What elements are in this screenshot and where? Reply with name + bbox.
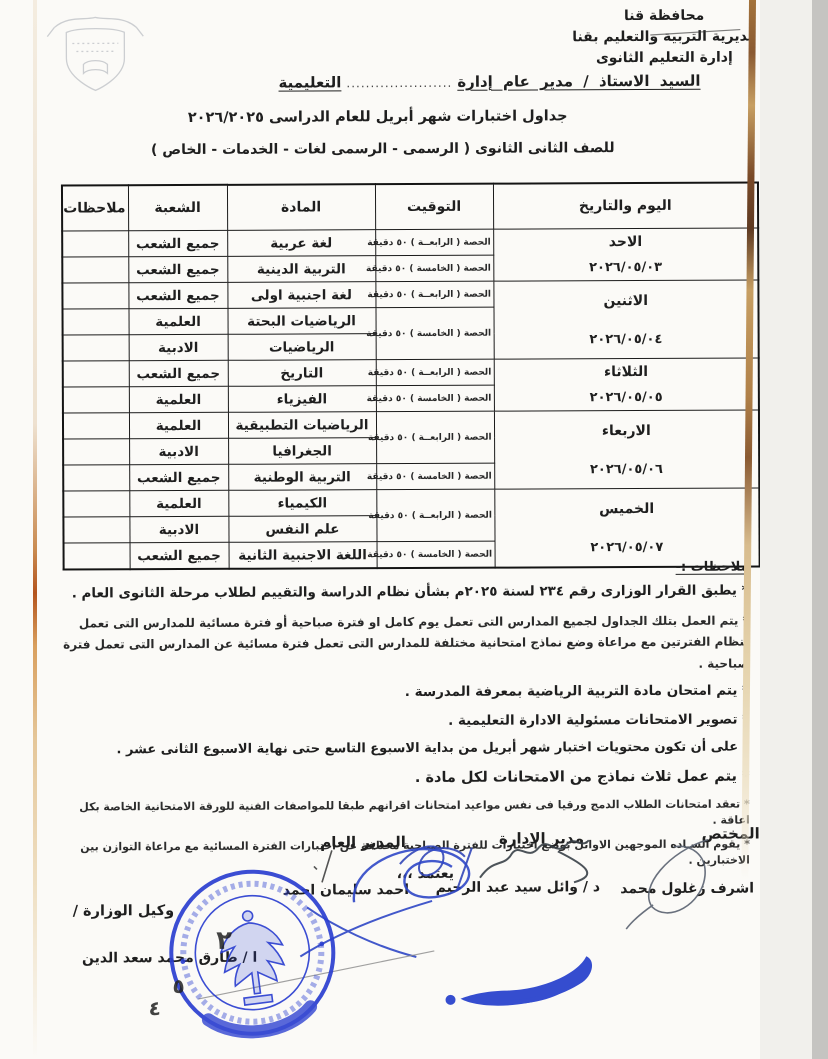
subject-cell: التربية الوطنية (228, 464, 376, 491)
time-cell: الحصة ( الرابعــة ) ٥٠ دقيقة (375, 281, 493, 308)
general-director-title: المدير العام (320, 833, 406, 851)
note-item: * يطبق القرار الوزارى رقم ٢٣٤ لسنة ٢٠٢٥م… (47, 582, 749, 605)
subject-cell: لغة عربية (227, 230, 375, 257)
day-name: الاربعاء (602, 422, 651, 438)
letterhead: محافظة قنا مديرية التربية والتعليم بقنا … (572, 6, 756, 70)
document-subtitle: للصف الثانى الثانوى ( الرسمى - الرسمى لغ… (39, 140, 727, 159)
section-cell: العلمية (128, 308, 227, 334)
subject-cell: التاريخ (228, 360, 376, 387)
notes-cell (63, 491, 129, 517)
salutation-line: السيد الاستاذ / مدير عام إدارة .........… (278, 72, 700, 92)
handwritten-digit: ٥ (172, 974, 184, 998)
specialist-name: اشرف زغلول محمد (620, 881, 754, 898)
note-item: * تعقد امتحانات الطلاب الدمج ورقيا فى نف… (48, 797, 750, 832)
day-name: الخميس (599, 500, 654, 516)
note-item: * تصوير الامتحانات مسئولية الادارة التعل… (47, 710, 749, 733)
section-cell: جميع الشعب (128, 282, 227, 308)
time-cell: الحصة ( الرابعــة ) ٥٠ دقيقة (376, 411, 494, 464)
table-row: الخميس ٢٠٢٦/٠٥/٠٧ الحصة ( الرابعــة ) ٥٠… (63, 488, 759, 517)
col-header-day: اليوم والتاريخ (493, 182, 758, 229)
time-cell: الحصة ( الخامسة ) ٥٠ دقيقة (376, 385, 494, 412)
time-cell: الحصة ( الخامسة ) ٥٠ دقيقة (375, 255, 493, 282)
time-cell: الحصة ( الرابعــة ) ٥٠ دقيقة (376, 489, 494, 542)
day-name: الاثنين (603, 292, 648, 308)
undersecretary-name: ا / طارق محمد سعد الدين (82, 950, 257, 967)
admin-director-title: مدير الإدارة (499, 829, 584, 847)
note-item: * على أن تكون محتويات اختبار شهر أبريل م… (47, 739, 749, 761)
notes-cell (63, 361, 129, 387)
document-content: محافظة قنا مديرية التربية والتعليم بقنا … (0, 0, 828, 1059)
undersecretary-title: وكيل الوزارة / (73, 903, 175, 919)
approval-label: يعتمد ،،، (397, 866, 454, 882)
time-cell: الحصة ( الرابعــة ) ٥٠ دقيقة (376, 359, 494, 386)
day-cell: الاحد ٢٠٢٦/٠٥/٠٣ (493, 228, 758, 281)
section-cell: العلمية (129, 412, 228, 438)
section-cell: جميع الشعب (129, 360, 228, 386)
subject-cell: الكيمياء (228, 490, 376, 517)
day-name: الاحد (609, 234, 642, 250)
table-row: الاربعاء ٢٠٢٦/٠٥/٠٦ الحصة ( الرابعــة ) … (63, 410, 759, 439)
col-header-time: التوقيت (375, 184, 493, 230)
notes-cell (63, 387, 129, 413)
salutation-prefix: السيد الاستاذ / مدير عام إدارة (457, 72, 700, 91)
table-row: الثلاثاء ٢٠٢٦/٠٥/٠٥ الحصة ( الرابعــة ) … (63, 358, 759, 387)
photo-edge-offwhite (760, 0, 812, 1059)
day-date: ٢٠٢٦/٠٥/٠٤ (589, 331, 662, 346)
section-cell: جميع الشعب (128, 230, 227, 256)
notes-heading: ملاحظات :- (676, 560, 749, 575)
subject-cell: لغة اجنبية اولى (227, 282, 375, 309)
subject-cell: علم النفس (228, 516, 376, 543)
notes-cell (63, 465, 129, 491)
section-cell: الادبية (129, 516, 228, 542)
section-cell: العلمية (129, 490, 228, 516)
time-cell: الحصة ( الخامسة ) ٥٠ دقيقة (376, 463, 494, 490)
handwritten-digit: ٤ (148, 996, 160, 1020)
col-header-subject: المادة (227, 184, 375, 230)
subject-cell: الفيزياء (228, 386, 376, 413)
subject-cell: الجغرافيا (228, 438, 376, 465)
notes-cell (62, 257, 128, 283)
day-date: ٢٠٢٦/٠٥/٠٧ (590, 539, 663, 554)
day-date: ٢٠٢٦/٠٥/٠٣ (589, 260, 662, 275)
note-item: * يتم امتحان مادة التربية الرياضية بمعرف… (47, 682, 749, 705)
note-item: * يتم العمل بتلك الجداول لجميع المدارس ا… (47, 610, 749, 678)
notes-cell (62, 309, 128, 335)
general-director-name: د / وائل سيد عبد الرحيم (436, 879, 600, 896)
col-header-notes: ملاحظات (62, 185, 128, 231)
letterhead-administration: إدارة التعليم الثانوى (572, 48, 756, 70)
subject-cell: التربية الدينية (227, 256, 375, 283)
day-date: ٢٠٢٦/٠٥/٠٥ (590, 390, 663, 405)
note-item: * يتم عمل ثلاث نماذج من الامتحانات لكل م… (48, 767, 750, 791)
day-date: ٢٠٢٦/٠٥/٠٦ (590, 461, 663, 476)
section-cell: جميع الشعب (128, 256, 227, 282)
notes-cell (63, 439, 129, 465)
subject-cell: الرياضيات (228, 334, 376, 361)
salutation-suffix: التعليمية (278, 73, 341, 91)
day-cell: الثلاثاء ٢٠٢٦/٠٥/٠٥ (494, 358, 759, 411)
photo-edge-gray-band (812, 0, 828, 1059)
section-cell: الادبية (129, 334, 228, 360)
stamp-smudge-blob (445, 956, 592, 1006)
ministry-shield-logo (47, 17, 143, 90)
salutation-blank-dots: ...................... (346, 76, 452, 90)
scanned-exam-schedule-document: محافظة قنا مديرية التربية والتعليم بقنا … (0, 0, 828, 1059)
exam-schedule-table: اليوم والتاريخ التوقيت المادة الشعبة ملا… (61, 181, 761, 570)
subject-cell: الرياضيات التطبيقية (228, 412, 376, 439)
notes-cell (63, 413, 129, 439)
day-cell: الاربعاء ٢٠٢٦/٠٥/٠٦ (494, 410, 759, 489)
notes-cell (62, 231, 128, 257)
notes-cell (63, 335, 129, 361)
section-cell: جميع الشعب (129, 464, 228, 490)
handwritten-marks: ٢ ٥ ٤ (148, 926, 232, 1020)
letterhead-governorate: محافظة قنا (572, 6, 756, 28)
admin-director-name: احمد سليمان احمد (283, 882, 409, 899)
specialist-title: المختص (702, 824, 760, 842)
table-header-row: اليوم والتاريخ التوقيت المادة الشعبة ملا… (62, 182, 758, 231)
day-cell: الاثنين ٢٠٢٦/٠٥/٠٤ (493, 280, 758, 359)
day-name: الثلاثاء (604, 364, 648, 380)
time-cell: الحصة ( الرابعــة ) ٥٠ دقيقة (375, 229, 493, 256)
letterhead-directorate: مديرية التربية والتعليم بقنا (572, 27, 756, 49)
section-cell: الادبية (129, 438, 228, 464)
notes-cell (63, 517, 129, 543)
document-title: جداول اختبارات شهر أبريل للعام الدراسى ٢… (39, 108, 717, 127)
stamp-bottom-smudge (208, 1007, 312, 1038)
table-row: الاحد ٢٠٢٦/٠٥/٠٣ الحصة ( الرابعــة ) ٥٠ … (62, 228, 758, 257)
notes-cell (62, 283, 128, 309)
table-row: الاثنين ٢٠٢٦/٠٥/٠٤ الحصة ( الرابعــة ) ٥… (62, 280, 758, 309)
time-cell: الحصة ( الخامسة ) ٥٠ دقيقة (375, 307, 493, 360)
paper-edge-strip-left (33, 0, 37, 1059)
subject-cell: الرياضيات البحتة (227, 308, 375, 335)
section-cell: العلمية (129, 386, 228, 412)
col-header-section: الشعبة (128, 185, 227, 231)
notes-section: ملاحظات :- * يطبق القرار الوزارى رقم ٢٣٤… (47, 556, 750, 872)
